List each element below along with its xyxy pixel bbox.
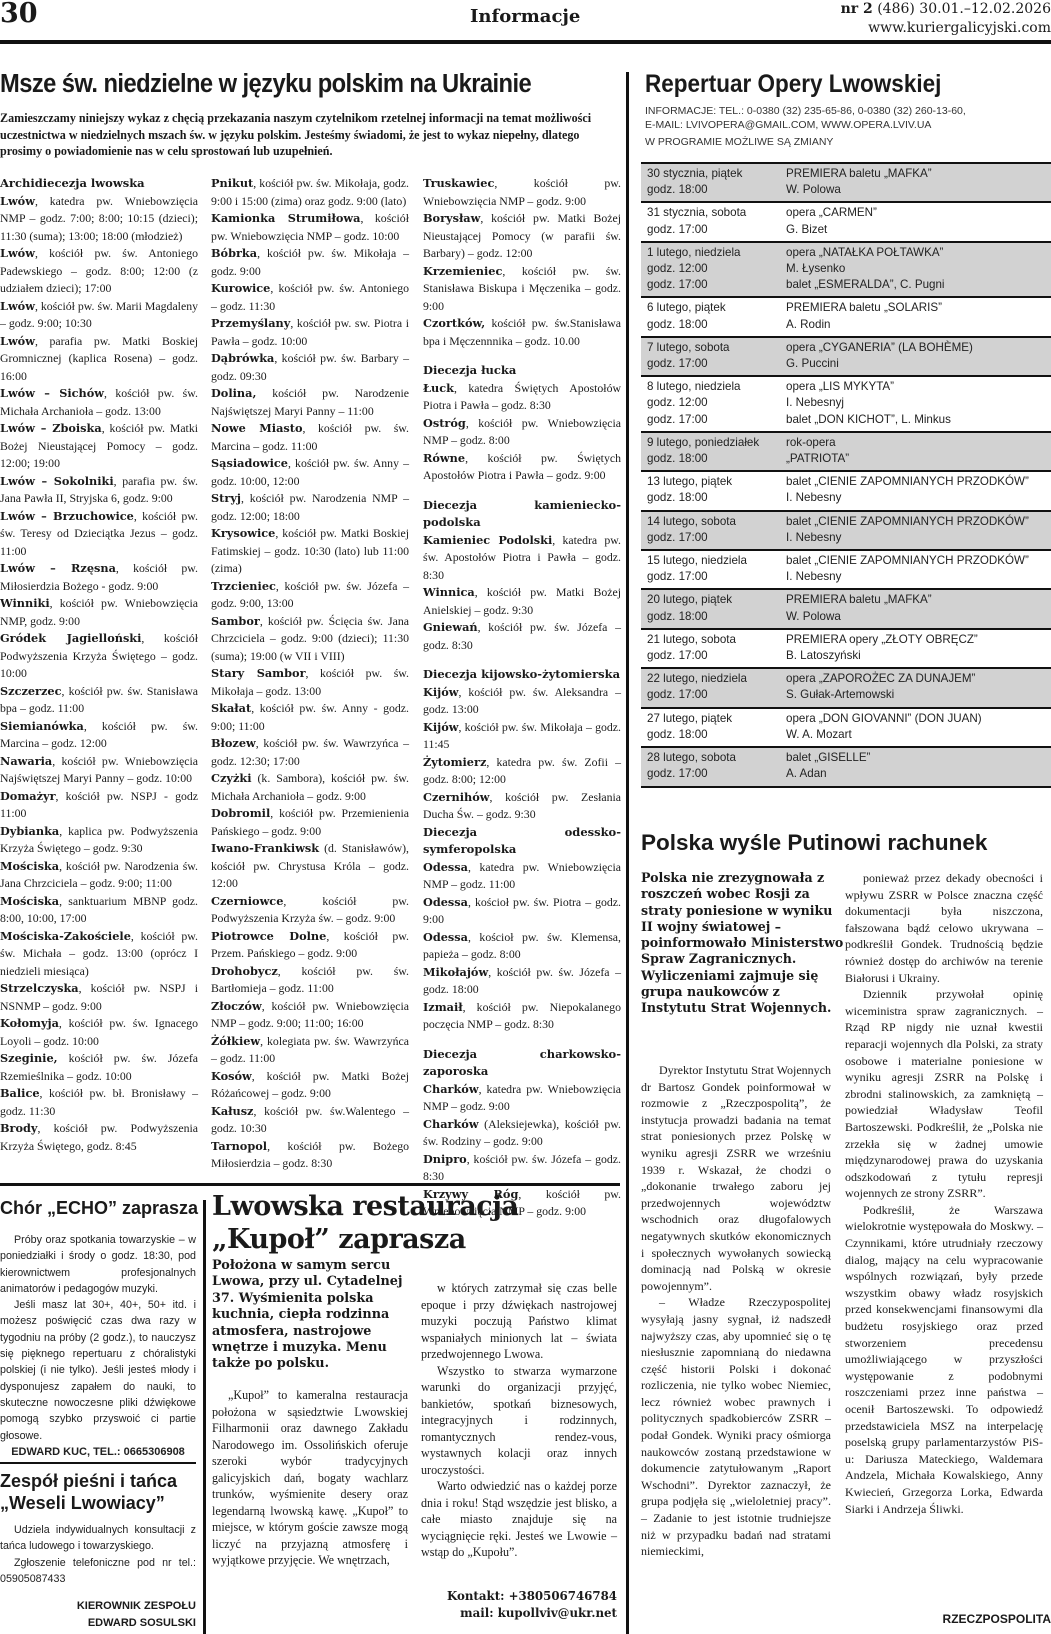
opera-row: 8 lutego, niedzielagodz. 12:00godz. 17:0… [641,377,1051,433]
opera-date-line: godz. 18:00 [647,182,786,198]
mass-entry: Charków, katedra pw. Wniebowzięcia NMP –… [423,1081,621,1116]
mass-entry: Ostróg, kościół pw. Wniebowzięcia NMP – … [423,415,621,450]
place-name: Czerniowce [211,894,283,908]
place-name: Równe [423,451,465,465]
place-name: Gniewań [423,620,478,634]
opera-date: 20 lutego, piątekgodz. 18:00 [641,592,786,624]
place-name: Nawaria [0,754,52,768]
opera-date: 31 stycznia, sobotagodz. 17:00 [641,205,786,237]
opera-row: 31 stycznia, sobotagodz. 17:00opera „CAR… [641,203,1051,242]
mass-entry: Lwów – Zboiska, kościół pw. Matki Bożej … [0,420,198,473]
opera-date: 28 lutego, sobotagodz. 17:00 [641,750,786,782]
paragraph: Warto odwiedzić nas o każdej porze dnia … [421,1478,617,1561]
opera-performance: PREMIERA baletu „SOLARIS”A. Rodin [786,300,1051,332]
mass-entry: Stryj, kościół pw. Narodzenia NMP – godz… [211,490,409,525]
putin-body-column-2: ponieważ przez dekady obecności i wpływu… [845,870,1043,1517]
kupol-phone: Kontakt: +380506746784 [447,1588,617,1605]
mass-entry: Drohobycz, kościół pw. św. Bartłomieja –… [211,963,409,998]
section-name: Informacje [470,6,580,27]
opera-date-line: 22 lutego, niedziela [647,671,786,687]
opera-row: 21 lutego, sobotagodz. 17:00PREMIERA ope… [641,630,1051,669]
paragraph: Jeśli masz lat 30+, 40+, 50+ itd. i może… [0,1297,196,1444]
mass-entry: Balice, kościół pw. bł. Bronisławy – god… [0,1085,198,1120]
opera-date-line: godz. 17:00 [647,687,786,703]
place-name: Bóbrka [211,246,257,260]
opera-date-line: 21 lutego, sobota [647,632,786,648]
place-name: Odessa [423,860,468,874]
place-name: Nowe Miasto [211,421,303,435]
place-name: Dybianka [0,824,59,838]
putin-body-column-1: Dyrektor Instytutu Strat Wojennych dr Ba… [641,1062,831,1560]
opera-row: 14 lutego, sobotagodz. 17:00balet „CIENI… [641,512,1051,551]
opera-date-line: godz. 17:00 [647,356,786,372]
place-name: Sąsiadowice [211,456,288,470]
place-name: Lwów [0,246,35,260]
mass-entry: Lwów – Brzuchowice, kościół pw. św. Tere… [0,508,198,561]
opera-performance: rok-opera„PATRIOTA” [786,435,1051,467]
opera-performance-line: opera „CARMEN” [786,205,1051,221]
place-name: Mościska [0,859,59,873]
opera-row: 20 lutego, piątekgodz. 18:00PREMIERA bal… [641,590,1051,629]
place-name: Szeginie, [0,1051,58,1065]
diocese-heading: Diecezja kamieniecko-podolska [423,497,621,532]
place-name: Tarnopol [211,1139,267,1153]
opera-row: 7 lutego, sobotagodz. 17:00opera „CYGANE… [641,338,1051,377]
mass-entry: Żytomierz, katedra pw. św. Zofii – godz.… [423,754,621,789]
kupol-divider [203,1200,206,1634]
place-name: Kijów [423,720,458,734]
mass-entry: Izmaił, kościół pw. Niepokalanego poczęc… [423,999,621,1034]
opera-date: 15 lutego, niedzielagodz. 17:00 [641,553,786,585]
opera-performance-line: balet „CIENIE ZAPOMNIANYCH PRZODKÓW” [786,474,1051,490]
zespol-title: Zespół pieśni i tańca „Weseli Lwowiacy” [0,1470,177,1514]
place-name: Czortków, [423,316,485,330]
mass-entry: Skałat, kościół pw. św. Anny - godz. 9:0… [211,700,409,735]
diocese-heading: Diecezja łucka [423,362,621,380]
opera-date-line: 20 lutego, piątek [647,592,786,608]
opera-performance-line: balet „CIENIE ZAPOMNIANYCH PRZODKÓW” [786,514,1051,530]
place-name: Dąbrówka [211,351,274,365]
opera-performance-line: I. Nebesny [786,530,1051,546]
opera-performance-line: balet „CIENIE ZAPOMNIANYCH PRZODKÓW” [786,553,1051,569]
mass-entry: Pnikut, kościół pw. św. Mikołaja, godz. … [211,175,409,210]
place-name: Truskawiec [423,176,494,190]
paragraph: Dyrektor Instytutu Strat Wojennych dr Ba… [641,1062,831,1294]
place-name: Charków [423,1082,479,1096]
putin-title: Polska wyśle Putinowi rachunek [641,830,987,856]
opera-date-line: 8 lutego, niedziela [647,379,786,395]
mass-list-column-2: Pnikut, kościół pw. św. Mikołaja, godz. … [211,175,409,1173]
place-name: Balice [0,1086,40,1100]
opera-performance: opera „LIS MYKYTA”I. Nebesnyjbalet „DON … [786,379,1051,428]
mass-entry: Dąbrówka, kościół pw. św. Barbary – godz… [211,350,409,385]
opera-date-line: 14 lutego, sobota [647,514,786,530]
mass-entry: Czortków, kościół pw. św.Stanisława bpa … [423,315,621,350]
opera-date: 27 lutego, piątekgodz. 18:00 [641,711,786,743]
place-name: Lwów – Rzęsna [0,561,116,575]
opera-date: 7 lutego, sobotagodz. 17:00 [641,340,786,372]
place-name: Krzemieniec [423,264,502,278]
opera-performance: opera „CARMEN”G. Bizet [786,205,1051,237]
opera-performance: PREMIERA opery „ZŁOTY OBRĘCZ”B. Latoszyń… [786,632,1051,664]
opera-date: 13 lutego, piątekgodz. 18:00 [641,474,786,506]
opera-performance-line: B. Latoszyński [786,648,1051,664]
mass-entry: Mikołajów, kościół pw. św. Józefa – godz… [423,964,621,999]
opera-row: 28 lutego, sobotagodz. 17:00balet „GISEL… [641,748,1051,787]
opera-date-line: 27 lutego, piątek [647,711,786,727]
mass-entry: Tarnopol, kościół pw. Bożego Miłosierdzi… [211,1138,409,1173]
mass-entry: Kałusz, kościół pw. św.Walentego – godz.… [211,1103,409,1138]
paragraph: Podkreślił, że Warszawa wielokrotnie wys… [845,1202,1043,1517]
opera-date-line: godz. 12:00 [647,395,786,411]
kupol-email[interactable]: mail: kupollviv@ukr.net [447,1605,617,1622]
mass-list-column-1: Archidiecezja lwowskaLwów, katedra pw. W… [0,175,198,1155]
opera-date-line: 9 lutego, poniedziałek [647,435,786,451]
place-name: Izmaił [423,1000,463,1014]
opera-performance: PREMIERA baletu „MAFKA”W. Polowa [786,166,1051,198]
opera-contact-web: E-MAIL: LVIVOPERA@GMAIL.COM, WWW.OPERA.L… [645,118,966,132]
opera-date-line: godz. 18:00 [647,490,786,506]
mass-entry: Charków (Aleksiejewka), kościół pw. św. … [423,1116,621,1151]
opera-performance-line: opera „LIS MYKYTA” [786,379,1051,395]
mass-entry: Siemianówka, kościół pw. św. Marcina – g… [0,718,198,753]
mass-entry: Krysowice, kościół pw. Matki Boskiej Fat… [211,525,409,578]
column-divider [626,72,629,1634]
place-name: Żytomierz [423,755,486,769]
place-name: Brody [0,1121,38,1135]
place-name: Iwano-Frankiwsk [211,841,319,855]
opera-date-line: 15 lutego, niedziela [647,553,786,569]
zespol-sign-role: KIEROWNIK ZESPOŁU [0,1598,196,1615]
mass-entry: Mościska-Zakościele, kościół pw. św. Mic… [0,928,198,981]
place-name: Czyżki [211,771,252,785]
mass-entry: Szczerzec, kościół pw. św. Stanisława bp… [0,683,198,718]
diocese-heading: Archidiecezja lwowska [0,175,198,193]
opera-date: 30 stycznia, piątekgodz. 18:00 [641,166,786,198]
opera-performance-line: G. Bizet [786,222,1051,238]
opera-date-line: godz. 17:00 [647,222,786,238]
mass-entry: Kamionka Strumiłowa, kościół pw. Wniebow… [211,210,409,245]
paragraph: Dziennik przywołał opinię wiceministra s… [845,986,1043,1202]
mass-entry: Lwów, katedra pw. Wniebowzięcia NMP – go… [0,193,198,246]
diocese-heading: Diecezja odessko-symferopolska [423,824,621,859]
mass-entry: Krzemieniec, kościół pw. św. Stanisława … [423,263,621,316]
opera-performance-line: PREMIERA baletu „MAFKA” [786,166,1051,182]
opera-performance-line: W. A. Mozart [786,727,1051,743]
opera-performance-line: balet „GISELLE” [786,750,1051,766]
mass-entry: Przemyślany, kościół pw. sw. Piotra i Pa… [211,315,409,350]
opera-performance-line: opera „DON GIOVANNI” (DON JUAN) [786,711,1051,727]
mass-entry: Gródek Jagielloński, kościół Podwyższeni… [0,630,198,683]
opera-date: 22 lutego, niedzielagodz. 17:00 [641,671,786,703]
place-name: Odessa [423,895,468,909]
opera-row: 13 lutego, piątekgodz. 18:00balet „CIENI… [641,472,1051,511]
place-name: Przemyślany [211,316,290,330]
opera-date-line: 1 lutego, niedziela [647,245,786,261]
kupol-title: Lwowska restauracja „Kupoł” zaprasza [212,1190,612,1256]
mass-entry: Lwów, parafia pw. Matki Boskiej Gromnicz… [0,333,198,386]
issue-dates: (486) 30.01.–12.02.2026 [877,1,1051,17]
opera-date: 8 lutego, niedzielagodz. 12:00godz. 17:0… [641,379,786,428]
msze-title: Msze św. niedzielne w języku polskim na … [0,70,531,99]
place-name: Trzcieniec [211,579,276,593]
opera-performance-line: I. Nebesny [786,569,1051,585]
opera-performance-line: PREMIERA baletu „MAFKA” [786,592,1051,608]
place-name: Kamieniec Podolski [423,533,552,547]
place-name: Dnipro [423,1152,467,1166]
opera-date: 6 lutego, piątekgodz. 18:00 [641,300,786,332]
opera-date-line: godz. 18:00 [647,451,786,467]
place-name: Lwów – Zboiska [0,421,102,435]
opera-row: 9 lutego, poniedziałekgodz. 18:00rok-ope… [641,433,1051,472]
kupol-body-column-2: w których zatrzymał się czas belle epoqu… [421,1280,617,1561]
zespol-body: Udziela indywidualnych konsultacji z tań… [0,1522,196,1587]
opera-performance-line: „PATRIOTA” [786,451,1051,467]
place-name: Ostróg [423,416,466,430]
mass-entry: Lwów, kościół pw. św. Marii Magdaleny – … [0,298,198,333]
opera-performance: opera „NATAŁKA POŁTAWKA”M. Łysenkobalet … [786,245,1051,294]
opera-date-line: 13 lutego, piątek [647,474,786,490]
mass-entry: Piotrowce Dolne, kościół pw. Przem. Pańs… [211,928,409,963]
place-name: Szczerzec [0,684,62,698]
zespol-signature: KIEROWNIK ZESPOŁU EDWARD SOSULSKI [0,1598,196,1632]
opera-performance-line: opera „ZAPOROŻEC ZA DUNAJEM” [786,671,1051,687]
opera-date-line: godz. 17:00 [647,412,786,428]
opera-performance-line: A. Adan [786,766,1051,782]
opera-row: 15 lutego, niedzielagodz. 17:00balet „CI… [641,551,1051,590]
opera-performance: opera „DON GIOVANNI” (DON JUAN)W. A. Moz… [786,711,1051,743]
page-number: 30 [0,0,38,29]
mass-entry: Lwów – Sokolniki, parafia pw. św. Jana P… [0,473,198,508]
mass-entry: Brody, kościół pw. Podwyższenia Krzyża Ś… [0,1120,198,1155]
mass-list-column-3: Truskawiec, kościół pw. Wniebowzięcia NM… [423,175,621,1221]
place-name: Złoczów [211,999,262,1013]
opera-date-line: godz. 12:00 [647,261,786,277]
opera-date: 1 lutego, niedzielagodz. 12:00godz. 17:0… [641,245,786,294]
echo-title: Chór „ECHO” zaprasza [0,1198,198,1219]
opera-date-line: godz. 17:00 [647,648,786,664]
mass-entry: Lwów – Rzęsna, kościół pw. Miłosierdzia … [0,560,198,595]
opera-performance-line: balet „ESMERALDA”, C. Pugni [786,277,1051,293]
mass-entry: Nawaria, kościół pw. Wniebowzięcia Najśw… [0,753,198,788]
diocese-heading: Diecezja kijowsko-żytomierska [423,666,621,684]
opera-date-line: 7 lutego, sobota [647,340,786,356]
place-name: Mościska-Zakościele [0,929,131,943]
msze-lead: Zamieszczamy niniejszy wykaz z chęcią pr… [0,110,610,160]
mass-entry: Mościska, sanktuarium MBNP godz. 8:00, 1… [0,893,198,928]
mass-entry: Trzcieniec, kościół pw. św. Józefa – god… [211,578,409,613]
opera-performance-line: I. Nebesny [786,490,1051,506]
mass-entry: Łuck, katedra Świętych Apostołów Piotra … [423,380,621,415]
place-name: Pnikut [211,176,253,190]
opera-performance-line: I. Nebesnyj [786,395,1051,411]
opera-performance: balet „CIENIE ZAPOMNIANYCH PRZODKÓW”I. N… [786,474,1051,506]
place-name: Strzelczyska [0,981,79,995]
paragraph: Udziela indywidualnych konsultacji z tań… [0,1522,196,1555]
place-name: Błozew [211,736,256,750]
opera-date-line: godz. 18:00 [647,317,786,333]
mass-entry: Szeginie, kościół pw. św. Józefa Rzemieś… [0,1050,198,1085]
place-name: Stary Sambor [211,666,306,680]
mass-entry: Czerniowce, kościół pw. Podwyższenia Krz… [211,893,409,928]
opera-date: 21 lutego, sobotagodz. 17:00 [641,632,786,664]
place-name: Piotrowce Dolne [211,929,326,943]
website-link[interactable]: www.kuriergalicyjski.com [841,19,1051,38]
opera-row: 1 lutego, niedzielagodz. 12:00godz. 17:0… [641,243,1051,299]
mass-entry: Dolina, kościół pw. Narodzenie Najświęts… [211,385,409,420]
opera-date-line: godz. 18:00 [647,727,786,743]
opera-date-line: 6 lutego, piątek [647,300,786,316]
opera-date-line: 28 lutego, sobota [647,750,786,766]
section-divider [0,1183,620,1186]
place-name: Mikołajów [423,965,488,979]
place-name: Łuck [423,381,454,395]
kupol-body-column-1: „Kupoł” to kameralna restauracja położon… [212,1387,408,1569]
opera-date-line: 30 stycznia, piątek [647,166,786,182]
opera-date-line: godz. 17:00 [647,766,786,782]
place-name: Krysowice [211,526,275,540]
opera-performance: PREMIERA baletu „MAFKA”W. Polowa [786,592,1051,624]
place-name: Kijów [423,685,458,699]
opera-date-line: godz. 18:00 [647,609,786,625]
mass-entry: Borysław, kościół pw. Matki Bożej Nieust… [423,210,621,263]
mass-entry: Błozew, kościół pw. św. Wawrzyńca – godz… [211,735,409,770]
opera-performance-line: G. Puccini [786,356,1051,372]
opera-performance-line: W. Polowa [786,609,1051,625]
opera-row: 30 stycznia, piątekgodz. 18:00PREMIERA b… [641,164,1051,203]
opera-row: 6 lutego, piątekgodz. 18:00PREMIERA bale… [641,298,1051,337]
place-name: Kosów [211,1069,252,1083]
place-name: Kurowice [211,281,270,295]
mass-entry: Kijów, kościół pw. św. Mikołaja – godz. … [423,719,621,754]
mass-entry: Sąsiadowice, kościół pw. św. Anny – godz… [211,455,409,490]
opera-performance: opera „ZAPOROŻEC ZA DUNAJEM”S. Gułak-Art… [786,671,1051,703]
place-name: Lwów – Sichów [0,386,104,400]
place-name: Kamionka Strumiłowa [211,211,360,225]
place-name: Kołomyja [0,1016,59,1030]
paragraph: ponieważ przez dekady obecności i wpływu… [845,870,1043,986]
place-name: Lwów – Brzuchowice [0,509,134,523]
place-name: Dobromil [211,806,270,820]
opera-date: 14 lutego, sobotagodz. 17:00 [641,514,786,546]
mass-entry: Kołomyja, kościół pw. św. Ignacego Loyol… [0,1015,198,1050]
place-name: Żółkiew [211,1034,260,1048]
article-source: RZECZPOSPOLITA [943,1612,1051,1626]
place-name: Sambor [211,614,260,628]
mass-entry: Czyżki (k. Sambora), kościół pw. św. Mic… [211,770,409,805]
masthead: 30 Informacje nr 2 (486) 30.01.–12.02.20… [0,0,1051,44]
echo-body: Próby oraz spotkania towarzyskie – w pon… [0,1232,196,1460]
mass-entry: Odessa, kościoł pw. św. Klemensa, papież… [423,929,621,964]
place-name: Odessa [423,930,468,944]
place-name: Mościska [0,894,59,908]
opera-date-line: 31 stycznia, sobota [647,205,786,221]
mass-details: , kościół pw. Narodzenia NMP – godz. 12:… [211,491,409,523]
mass-entry: Winniki, kościół pw. Wniebowzięcia NMP, … [0,595,198,630]
paragraph: – Władze Rzeczypospolitej wysyłają jasny… [641,1294,831,1560]
paragraph: w których zatrzymał się czas belle epoqu… [421,1280,617,1363]
mass-entry: Dnipro, kościół pw. św. Józefa – godz. 8… [423,1151,621,1186]
opera-date-line: godz. 17:00 [647,569,786,585]
mass-entry: Iwano-Frankiwsk (d. Stanisławów), kośció… [211,840,409,893]
opera-info: INFORMACJE: TEL.: 0-0380 (32) 235-65-86,… [645,104,966,149]
mass-entry: Truskawiec, kościół pw. Wniebowzięcia NM… [423,175,621,210]
mass-entry: Odessa, katedra pw. Wniebowzięcia NMP – … [423,859,621,894]
opera-schedule-table: 30 stycznia, piątekgodz. 18:00PREMIERA b… [641,162,1051,788]
opera-performance-line: opera „NATAŁKA POŁTAWKA” [786,245,1051,261]
mass-entry: Lwów – Sichów, kościół pw. św. Michała A… [0,385,198,420]
paragraph: Próby oraz spotkania towarzyskie – w pon… [0,1232,196,1297]
mass-entry: Kurowice, kościół pw. św. Antoniego – go… [211,280,409,315]
place-name: Winnica [423,585,475,599]
mass-entry: Domażyr, kościół pw. NSPJ - godz 11:00 [0,788,198,823]
opera-performance-line: W. Polowa [786,182,1051,198]
opera-performance-line: PREMIERA baletu „SOLARIS” [786,300,1051,316]
opera-title: Repertuar Opery Lwowskiej [645,70,941,99]
opera-row: 22 lutego, niedzielagodz. 17:00opera „ZA… [641,669,1051,708]
kupol-contact: Kontakt: +380506746784 mail: kupollviv@u… [447,1588,617,1622]
place-name: Lwów [0,299,35,313]
mass-entry: Czernihów, kościół pw. Zesłania Ducha Św… [423,789,621,824]
opera-row: 27 lutego, piątekgodz. 18:00opera „DON G… [641,709,1051,748]
mass-entry: Gniewań, kościół pw. św. Józefa – godz. … [423,619,621,654]
zespol-sign-name: EDWARD SOSULSKI [0,1615,196,1632]
mass-entry: Kamieniec Podolski, katedra pw. św. Apos… [423,532,621,585]
opera-performance-line: S. Gułak-Artemowski [786,687,1051,703]
paragraph: Wszystko to stwarza wymarzone warunki do… [421,1363,617,1479]
echo-contact: EDWARD KUC, TEL.: 0665306908 [0,1444,196,1460]
mass-entry: Winnica, kościół pw. Matki Bożej Anielsk… [423,584,621,619]
issue-number: nr 2 [841,1,873,17]
opera-performance-line: A. Rodin [786,317,1051,333]
opera-performance-line: balet „DON KICHOT”, L. Minkus [786,412,1051,428]
place-name: Borysław [423,211,480,225]
place-name: Stryj [211,491,241,505]
opera-performance: balet „GISELLE”A. Adan [786,750,1051,782]
diocese-heading: Diecezja charkowsko-zaporoska [423,1046,621,1081]
place-name: Czernihów [423,790,490,804]
place-name: Lwów [0,334,35,348]
mass-entry: Odessa, kościoł pw. św. Piotra – godz. 9… [423,894,621,929]
place-name: Charków [423,1117,479,1131]
place-name: Drohobycz [211,964,278,978]
opera-performance: balet „CIENIE ZAPOMNIANYCH PRZODKÓW”I. N… [786,514,1051,546]
mass-entry: Złoczów, kościół pw. Wniebowzięcia NMP –… [211,998,409,1033]
zespol-title-line1: Zespół pieśni i tańca [0,1470,177,1492]
opera-performance: opera „CYGANERIA” (LA BOHÈME)G. Puccini [786,340,1051,372]
place-name: Dolina, [211,386,256,400]
mass-entry: Dobromil, kościół pw. Przemienienia Pańs… [211,805,409,840]
mass-entry: Sambor, kościół pw. Ścięcia św. Jana Chr… [211,613,409,666]
mass-entry: Bóbrka, kościół pw. św. Mikołaja – godz.… [211,245,409,280]
place-name: Siemianówka [0,719,84,733]
issue-info: nr 2 (486) 30.01.–12.02.2026 www.kurierg… [841,0,1051,38]
paragraph: „Kupoł” to kameralna restauracja położon… [212,1387,408,1569]
opera-date-line: godz. 17:00 [647,277,786,293]
zespol-title-line2: „Weseli Lwowiacy” [0,1492,177,1514]
mass-entry: Żółkiew, kolegiata pw. św. Wawrzyńca – g… [211,1033,409,1068]
mass-entry: Kosów, kościół pw. Matki Bożej Różańcowe… [211,1068,409,1103]
mass-entry: Nowe Miasto, kościół pw. św. Marcina – g… [211,420,409,455]
opera-performance-line: opera „CYGANERIA” (LA BOHÈME) [786,340,1051,356]
opera-performance-line: M. Łysenko [786,261,1051,277]
opera-date-line: godz. 17:00 [647,530,786,546]
mass-entry: Stary Sambor, kościół pw. św. Mikołaja –… [211,665,409,700]
opera-performance: balet „CIENIE ZAPOMNIANYCH PRZODKÓW”I. N… [786,553,1051,585]
opera-performance-line: PREMIERA opery „ZŁOTY OBRĘCZ” [786,632,1051,648]
place-name: Skałat [211,701,251,715]
kupol-lead: Położona w samym sercu Lwowa, przy ul. C… [212,1258,407,1373]
